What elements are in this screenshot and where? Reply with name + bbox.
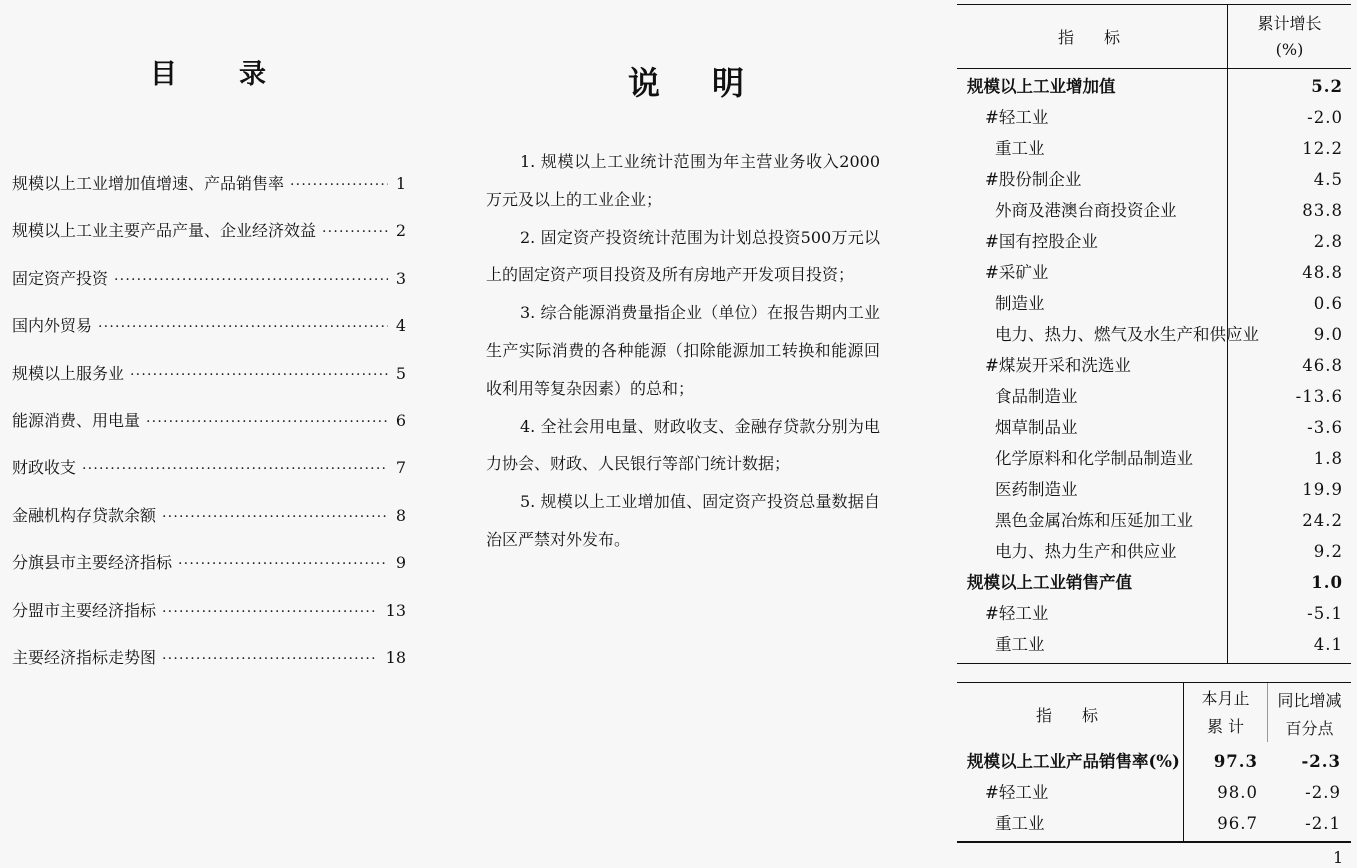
note-paragraph: 4. 全社会用电量、财政收支、金融存贷款分别为电力协会、财政、人民银行等部门统计… [486, 408, 880, 484]
row-name: #股份制企业 [957, 164, 1227, 195]
row-name: 规模以上工业增加值 [957, 71, 1227, 102]
row-value: 12.2 [1228, 133, 1351, 164]
toc-item[interactable]: 财政收支 ···································… [12, 452, 406, 499]
row-name: 重工业 [957, 808, 1184, 841]
toc-item-page: 5 [396, 358, 406, 390]
toc-item[interactable]: 主要经济指标走势图 ······························… [12, 642, 406, 689]
row-name: #煤炭开采和洗选业 [957, 350, 1227, 381]
toc-list: 规模以上工业增加值增速、产品销售率 ······················… [12, 168, 406, 689]
header-line: 百分点 [1285, 715, 1333, 743]
toc-item-page: 6 [396, 405, 406, 437]
growth-table-header: 指标 累计增长 (%) [957, 5, 1351, 69]
row-yoy-change: -2.9 [1268, 777, 1351, 808]
toc-item-page: 13 [386, 595, 406, 627]
row-name: 重工业 [957, 629, 1227, 660]
row-yoy-change: -2.1 [1268, 808, 1351, 841]
sales-rate-table: 指标 本月止 累 计 同比增减 百分点 规模以上工业产品销售率(%) 97.3 … [957, 682, 1351, 843]
toc-item-label: 分旗县市主要经济指标 [12, 547, 172, 579]
toc-leader-dots: ········································… [162, 596, 378, 628]
row-name: 外商及港澳台商投资企业 [957, 195, 1227, 226]
toc-item[interactable]: 能源消费、用电量 ·······························… [12, 405, 406, 452]
toc-item-label: 主要经济指标走势图 [12, 642, 156, 674]
cumulative-column-header: 本月止 累 计 [1184, 683, 1268, 742]
toc-item-label: 固定资产投资 [12, 263, 108, 295]
toc-item[interactable]: 国内外贸易 ··································… [12, 310, 406, 357]
toc-item-label: 金融机构存贷款余额 [12, 500, 156, 532]
cumulative-growth-column-header: 累计增长 (%) [1228, 5, 1351, 68]
notes-title: 说明 [628, 58, 796, 104]
toc-item-label: 规模以上工业增加值增速、产品销售率 [12, 168, 284, 200]
row-value: 1.8 [1228, 443, 1351, 474]
growth-table-body: 规模以上工业增加值 #轻工业 重工业 #股份制企业 外商及港澳台商投资企业 #国… [957, 69, 1351, 663]
toc-item-label: 财政收支 [12, 452, 76, 484]
yoy-change-column-header: 同比增减 百分点 [1268, 683, 1351, 746]
row-name: 电力、热力生产和供应业 [957, 536, 1227, 567]
row-yoy-change: -2.3 [1268, 746, 1351, 777]
row-value: -2.0 [1228, 102, 1351, 133]
page-number: 1 [1333, 848, 1343, 867]
note-paragraph: 5. 规模以上工业增加值、固定资产投资总量数据自治区严禁对外发布。 [486, 483, 880, 559]
note-paragraph: 1. 规模以上工业统计范围为年主营业务收入2000万元及以上的工业企业； [486, 143, 880, 219]
indicator-column: 规模以上工业增加值 #轻工业 重工业 #股份制企业 外商及港澳台商投资企业 #国… [957, 69, 1228, 663]
row-value: 24.2 [1228, 505, 1351, 536]
toc-item-page: 7 [396, 452, 406, 484]
row-value: 48.8 [1228, 257, 1351, 288]
row-name: 烟草制品业 [957, 412, 1227, 443]
row-value: -13.6 [1228, 381, 1351, 412]
note-paragraph: 3. 综合能源消费量指企业（单位）在报告期内工业生产实际消费的各种能源（扣除能源… [486, 294, 880, 407]
toc-leader-dots: ········································… [178, 548, 388, 580]
row-cumulative: 96.7 [1184, 808, 1268, 841]
toc-item[interactable]: 金融机构存贷款余额 ······························… [12, 500, 406, 547]
row-value: 9.2 [1228, 536, 1351, 567]
row-name: 规模以上工业销售产值 [957, 567, 1227, 598]
toc-item-label: 分盟市主要经济指标 [12, 595, 156, 627]
row-value: 1.0 [1228, 567, 1351, 598]
row-name: #国有控股企业 [957, 226, 1227, 257]
row-value: 4.5 [1228, 164, 1351, 195]
toc-item-label: 能源消费、用电量 [12, 405, 140, 437]
growth-table: 指标 累计增长 (%) 规模以上工业增加值 #轻工业 重工业 #股份制企业 外商… [957, 4, 1351, 664]
toc-item-label: 规模以上工业主要产品产量、企业经济效益 [12, 215, 316, 247]
header-line: 本月止 [1201, 685, 1249, 713]
row-name: #轻工业 [957, 598, 1227, 629]
cumulative-growth-column: 5.2 -2.0 12.2 4.5 83.8 2.8 48.8 0.6 9.0 … [1228, 69, 1351, 663]
row-name: 医药制造业 [957, 474, 1227, 505]
indicator-column-header: 指标 [957, 5, 1228, 68]
toc-item-page: 1 [396, 168, 406, 200]
row-value: 83.8 [1228, 195, 1351, 226]
toc-leader-dots: ········································… [130, 359, 388, 391]
toc-leader-dots: ········································… [322, 216, 388, 248]
toc-item-page: 4 [396, 310, 406, 342]
toc-leader-dots: ········································… [290, 169, 388, 201]
toc-leader-dots: ········································… [162, 643, 378, 675]
row-name: 黑色金属冶炼和压延加工业 [957, 505, 1227, 536]
toc-leader-dots: ········································… [98, 311, 388, 343]
notes-body: 1. 规模以上工业统计范围为年主营业务收入2000万元及以上的工业企业； 2. … [486, 143, 880, 559]
row-value: 5.2 [1228, 71, 1351, 102]
toc-item[interactable]: 规模以上工业增加值增速、产品销售率 ······················… [12, 168, 406, 215]
row-value: 2.8 [1228, 226, 1351, 257]
row-cumulative: 97.3 [1184, 746, 1268, 777]
row-name: 规模以上工业产品销售率(%) [957, 746, 1184, 777]
toc-item-page: 8 [396, 500, 406, 532]
toc-item[interactable]: 规模以上工业主要产品产量、企业经济效益 ····················… [12, 215, 406, 262]
row-value: 9.0 [1228, 319, 1351, 350]
row-value: -3.6 [1228, 412, 1351, 443]
row-name: 重工业 [957, 133, 1227, 164]
toc-item-page: 18 [386, 642, 406, 674]
row-name: #轻工业 [957, 777, 1184, 808]
row-cumulative: 98.0 [1184, 777, 1268, 808]
row-value: -5.1 [1228, 598, 1351, 629]
toc-title: 目录 [150, 52, 328, 91]
toc-item-label: 国内外贸易 [12, 310, 92, 342]
header-line: (%) [1276, 37, 1304, 63]
toc-leader-dots: ········································… [162, 501, 388, 533]
toc-item[interactable]: 规模以上服务业 ································… [12, 358, 406, 405]
toc-leader-dots: ········································… [114, 264, 388, 296]
header-line: 累计增长 [1257, 11, 1321, 37]
row-name: 电力、热力、燃气及水生产和供应业 [957, 319, 1227, 350]
toc-leader-dots: ········································… [82, 453, 388, 485]
row-name: 制造业 [957, 288, 1227, 319]
toc-item-page: 9 [396, 547, 406, 579]
toc-item[interactable]: 分盟市主要经济指标 ······························… [12, 595, 406, 642]
toc-item-page: 2 [396, 215, 406, 247]
row-value: 46.8 [1228, 350, 1351, 381]
note-paragraph: 2. 固定资产投资统计范围为计划总投资500万元以上的固定资产项目投资及所有房地… [486, 219, 880, 295]
row-name: 食品制造业 [957, 381, 1227, 412]
row-value: 0.6 [1228, 288, 1351, 319]
row-name: #采矿业 [957, 257, 1227, 288]
row-value: 4.1 [1228, 629, 1351, 660]
row-value: 19.9 [1228, 474, 1351, 505]
toc-item[interactable]: 分旗县市主要经济指标 ·····························… [12, 547, 406, 594]
row-name: 化学原料和化学制品制造业 [957, 443, 1227, 474]
header-line: 同比增减 [1277, 687, 1341, 715]
toc-item-label: 规模以上服务业 [12, 358, 124, 390]
row-name: #轻工业 [957, 102, 1227, 133]
toc-leader-dots: ········································… [146, 406, 388, 438]
toc-item-page: 3 [396, 263, 406, 295]
header-line: 累 计 [1207, 713, 1244, 741]
toc-item[interactable]: 固定资产投资 ·································… [12, 263, 406, 310]
indicator-column-header: 指标 [957, 683, 1184, 746]
